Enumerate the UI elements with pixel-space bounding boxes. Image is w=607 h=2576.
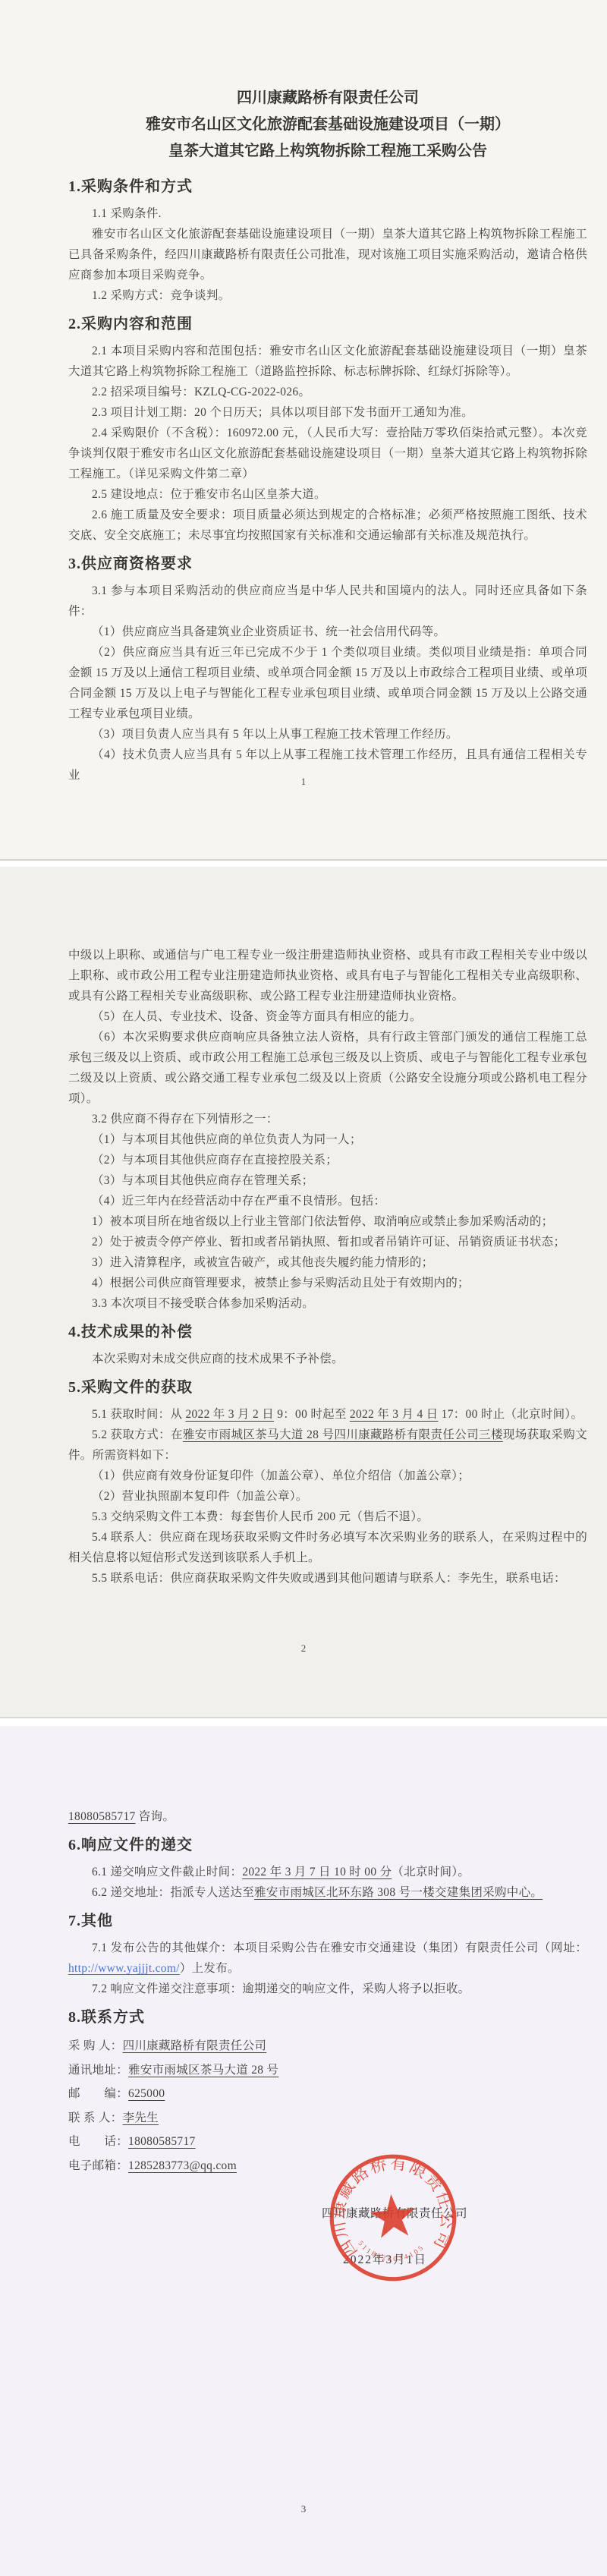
para-3-2-item-3: （3）与本项目其他供应商存在管理关系； <box>68 1170 587 1191</box>
obtain-start-date: 2022 年 3 月 2 日 <box>185 1408 274 1421</box>
contact-email: 1285283773@qq.com <box>128 2159 237 2172</box>
para-3-1-item-2: （2）供应商应当具有近三年已完成不少于 1 个类似项目业绩。类似项目业绩是指：单… <box>68 642 587 724</box>
text-segment: 7.1 发布公告的其他媒介：本项目采购公告在雅安市交通建设（集团）有限责任公司（… <box>92 1941 587 1954</box>
announcement-site-link[interactable]: http://www.yajjjt.com/ <box>68 1962 180 1975</box>
contact-label: 邮 编： <box>68 2087 128 2100</box>
para-5-4: 5.4 联系人：供应商在现场获取采购文件时务必填写本次采购业务的联系人，在采购过… <box>68 1527 587 1568</box>
contact-row-person: 联 系 人：李先生 <box>68 2106 587 2130</box>
contact-row-phone: 电 话：18080585717 <box>68 2130 587 2154</box>
para-3-2-sub-2: 2）处于被责令停产停业、暂扣或者吊销执照、暂扣或者吊销许可证、吊销资质证书状态； <box>68 1232 587 1252</box>
contact-person: 李先生 <box>123 2112 159 2124</box>
para-5-2-item-2: （2）营业执照副本复印件（加盖公章）。 <box>68 1486 587 1507</box>
para-2-2: 2.2 招采项目编号：KZLQ-CG-2022-026。 <box>68 382 587 402</box>
para-1-2: 1.2 采购方式：竞争谈判。 <box>68 285 587 306</box>
para-5-1: 5.1 获取时间：从 2022 年 3 月 2 日 9：00 时起至 2022 … <box>68 1404 587 1425</box>
para-7-1: 7.1 发布公告的其他媒介：本项目采购公告在雅安市交通建设（集团）有限责任公司（… <box>68 1938 587 1979</box>
section-heading-8: 8.联系方式 <box>68 2006 587 2029</box>
para-1-1: 1.1 采购条件. <box>68 203 587 224</box>
contact-phone-inline: 18080585717 <box>68 1810 136 1823</box>
contact-label: 电 话： <box>68 2135 128 2148</box>
star-icon <box>369 2192 417 2238</box>
para-2-5: 2.5 建设地点：位于雅安市名山区皇茶大道。 <box>68 484 587 505</box>
text-segment: 5.1 获取时间：从 <box>92 1408 185 1421</box>
para-3-2-sub-4: 4）根据公司供应商管理要求，被禁止参与采购活动且处于有效期内的； <box>68 1273 587 1293</box>
page-number-1: 1 <box>0 776 607 788</box>
section-heading-2: 2.采购内容和范围 <box>68 313 587 335</box>
page-1: 四川康藏路桥有限责任公司 雅安市名山区文化旅游配套基础设施建设项目（一期） 皇茶… <box>0 0 607 861</box>
page-number-2: 2 <box>0 1642 607 1655</box>
text-segment: 6.2 递交地址：指派专人送达至 <box>92 1886 254 1899</box>
para-3-1-item-1: （1）供应商应当具备建筑业企业资质证书、统一社会信用代码等。 <box>68 622 587 642</box>
para-2-6: 2.6 施工质量及安全要求：项目质量必须达到规定的合格标准；必须严格按照施工图纸… <box>68 505 587 546</box>
page-number-3: 3 <box>0 2503 607 2515</box>
para-3-1-item-5: （5）在人员、专业技术、设备、资金等方面具有相应的能力。 <box>68 1006 587 1027</box>
para-3-2-sub-3: 3）进入清算程序，或被宣告破产，或其他丧失履约能力情形的； <box>68 1252 587 1273</box>
para-1-1-body: 雅安市名山区文化旅游配套基础设施建设项目（一期）皇茶大道其它路上构筑物拆除工程施… <box>68 224 587 285</box>
text-segment: 9：00 时起至 <box>274 1408 350 1421</box>
para-2-3: 2.3 项目计划工期：20 个日历天；具体以项目部下发书面开工通知为准。 <box>68 402 587 423</box>
obtain-end-date: 2022 年 3 月 4 日 <box>350 1408 439 1421</box>
para-5-2: 5.2 获取方式：在雅安市雨城区茶马大道 28 号四川康藏路桥有限责任公司三楼现… <box>68 1425 587 1466</box>
para-6-2: 6.2 递交地址：指派专人送达至雅安市雨城区北环东路 308 号一楼交建集团采购… <box>68 1882 587 1903</box>
para-3-2-item-1: （1）与本项目其他供应商的单位负责人为同一人； <box>68 1129 587 1150</box>
doc-title-line-3: 皇茶大道其它路上构筑物拆除工程施工采购公告 <box>68 138 587 165</box>
text-segment: ）上发布。 <box>180 1962 240 1975</box>
section-heading-4: 4.技术成果的补偿 <box>68 1321 587 1343</box>
para-3-2-sub-1: 1）被本项目所在地省级以上行业主管部门依法暂停、取消响应或禁止参加采购活动的； <box>68 1211 587 1232</box>
para-3-2-item-2: （2）与本项目其他供应商存在直接控股关系； <box>68 1150 587 1170</box>
para-3-3: 3.3 本次项目不接受联合体参加采购活动。 <box>68 1293 587 1314</box>
para-5-5: 5.5 联系电话：供应商获取采购文件失败或遇到其他问题请与联系人：李先生，联系电… <box>68 1568 587 1589</box>
doc-title-line-1: 四川康藏路桥有限责任公司 <box>68 85 587 112</box>
purchaser-name: 四川康藏路桥有限责任公司 <box>123 2039 267 2052</box>
para-3-1-item-3: （3）项目负责人应当具有 5 年以上从事工程施工技术管理工作经历。 <box>68 724 587 745</box>
para-3-2-item-4: （4）近三年内在经营活动中存在严重不良情形。包括： <box>68 1191 587 1211</box>
section-heading-7: 7.其他 <box>68 1910 587 1932</box>
para-3-1-item-6: （6）本次采购要求供应商响应具备独立法人资格，具有行政主管部门颁发的通信工程施工… <box>68 1027 587 1109</box>
section-heading-5: 5.采购文件的获取 <box>68 1376 587 1399</box>
para-7-2: 7.2 响应文件递交注意事项：逾期递交的响应文件，采购人将予以拒收。 <box>68 1979 587 1999</box>
mailing-address: 雅安市雨城区茶马大道 28 号 <box>128 2064 278 2077</box>
para-2-4: 2.4 采购限价（不含税）：160972.00 元，（人民币大写：壹拾陆万零玖佰… <box>68 423 587 484</box>
text-segment: 6.1 递交响应文件截止时间： <box>92 1866 242 1878</box>
page-3: 18080585717 咨询。 6.响应文件的递交 6.1 递交响应文件截止时间… <box>0 1726 607 2576</box>
submission-deadline: 2022 年 3 月 7 日 10 时 00 分 <box>242 1866 392 1878</box>
page-2: 中级以上职称、或通信与广电工程专业一级注册建造师执业资格、或具有市政工程相关专业… <box>0 867 607 1718</box>
para-3-1: 3.1 参与本项目采购活动的供应商应当是中华人民共和国境内的法人。同时还应具备如… <box>68 581 587 622</box>
contact-label: 通讯地址： <box>68 2064 128 2077</box>
contact-row-purchaser: 采 购 人：四川康藏路桥有限责任公司 <box>68 2034 587 2058</box>
para-3-2: 3.2 供应商不得存在下列情形之一： <box>68 1109 587 1129</box>
section-heading-3: 3.供应商资格要求 <box>68 553 587 575</box>
section-heading-1: 1.采购条件和方式 <box>68 175 587 198</box>
para-3-1-item-4-continued: 中级以上职称、或通信与广电工程专业一级注册建造师执业资格、或具有市政工程相关专业… <box>68 945 587 1006</box>
contact-label: 采 购 人： <box>68 2039 123 2052</box>
para-5-2-item-1: （1）供应商有效身份证复印件（加盖公章）、单位介绍信（加盖公章）； <box>68 1466 587 1486</box>
submission-address: 雅安市雨城区北环东路 308 号一楼交建集团采购中心。 <box>254 1886 543 1899</box>
scanned-document: 四川康藏路桥有限责任公司 雅安市名山区文化旅游配套基础设施建设项目（一期） 皇茶… <box>0 0 607 2576</box>
para-5-3: 5.3 交纳采购文件工本费：每套售价人民币 200 元（售后不退）。 <box>68 1507 587 1527</box>
text-segment: 咨询。 <box>136 1810 175 1823</box>
section-heading-6: 6.响应文件的递交 <box>68 1834 587 1856</box>
contact-label: 联 系 人： <box>68 2112 123 2124</box>
company-seal: 四川康藏路桥有限责任公司 5118025034105 <box>321 2146 466 2291</box>
contact-label: 电子邮箱： <box>68 2159 128 2172</box>
seal-serial-number: 5118025034105 <box>356 2234 427 2266</box>
text-segment: 5.2 获取方式：在 <box>92 1428 183 1441</box>
contact-row-address: 通讯地址：雅安市雨城区茶马大道 28 号 <box>68 2058 587 2083</box>
para-2-1: 2.1 本项目采购内容和范围包括：雅安市名山区文化旅游配套基础设施建设项目（一期… <box>68 341 587 382</box>
contact-phone: 18080585717 <box>128 2135 196 2148</box>
para-4-body: 本次采购对未成交供应商的技术成果不予补偿。 <box>68 1349 587 1369</box>
postcode: 625000 <box>128 2087 165 2100</box>
para-5-5-continued: 18080585717 咨询。 <box>68 1806 587 1827</box>
obtain-address: 雅安市雨城区茶马大道 28 号四川康藏路桥有限责任公司三楼 <box>183 1428 503 1441</box>
contact-row-postcode: 邮 编：625000 <box>68 2082 587 2106</box>
para-6-1: 6.1 递交响应文件截止时间：2022 年 3 月 7 日 10 时 00 分（… <box>68 1862 587 1882</box>
doc-title-line-2: 雅安市名山区文化旅游配套基础设施建设项目（一期） <box>68 112 587 138</box>
text-segment: 17：00 时止（北京时间）。 <box>438 1408 583 1421</box>
text-segment: （北京时间）。 <box>392 1866 470 1878</box>
document-title: 四川康藏路桥有限责任公司 雅安市名山区文化旅游配套基础设施建设项目（一期） 皇茶… <box>68 85 587 165</box>
